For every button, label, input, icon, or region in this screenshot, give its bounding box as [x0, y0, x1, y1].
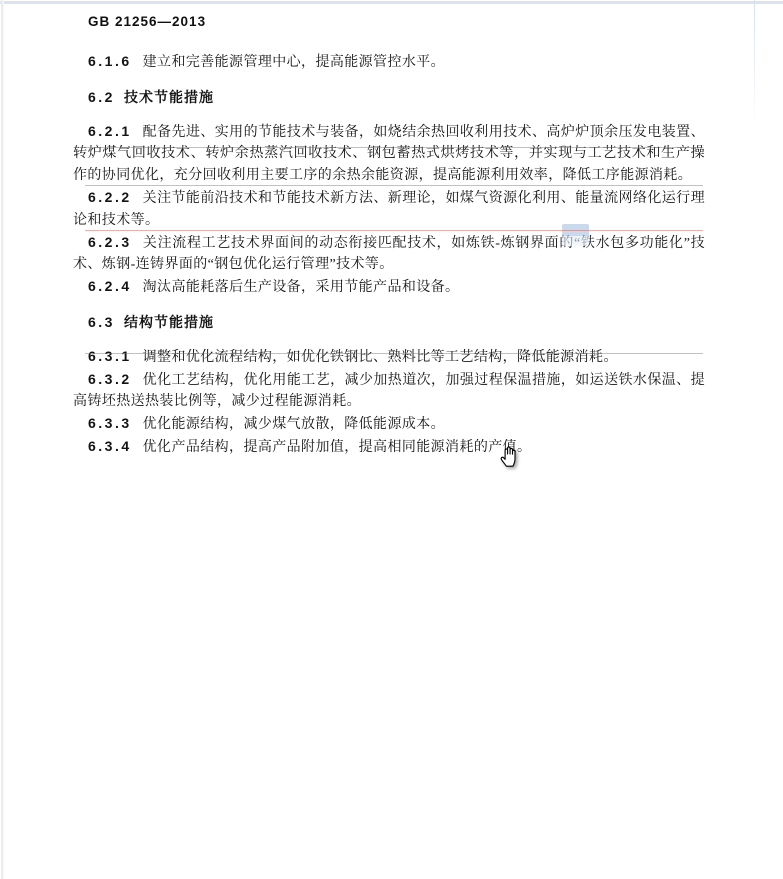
- clause-6-3-1: 6.3.1调整和优化流程结构，如优化铁钢比、熟料比等工艺结构，降低能源消耗。: [73, 346, 705, 369]
- page-left-edge: [1, 0, 4, 879]
- clause-6-2-3: 6.2.3关注流程工艺技术界面间的动态衔接匹配技术，如炼铁-炼钢界面的“铁水包多…: [73, 232, 705, 277]
- heading-text: 技术节能措施: [124, 89, 214, 105]
- scan-fold-line: [754, 0, 755, 130]
- clause-number: 6.2.3: [88, 234, 132, 250]
- document-page: GB 21256—2013 6.1.6建立和完善能源管理中心，提高能源管控水平。…: [73, 0, 705, 459]
- clause-number: 6.3.3: [88, 415, 132, 431]
- clause-number: 6.2: [88, 89, 115, 105]
- clause-text: 调整和优化流程结构，如优化铁钢比、熟料比等工艺结构，降低能源消耗。: [143, 350, 618, 365]
- clause-6-2-2: 6.2.2关注节能前沿技术和节能技术新方法、新理论，如煤气资源化利用、能量流网络…: [73, 187, 705, 232]
- clause-number: 6.3.1: [88, 348, 132, 364]
- clause-6-2-4: 6.2.4淘汰高能耗落后生产设备，采用节能产品和设备。: [73, 276, 705, 299]
- heading-text: 结构节能措施: [124, 314, 214, 330]
- clause-number: 6.3.2: [88, 371, 132, 387]
- clause-text: 建立和完善能源管理中心，提高能源管控水平。: [143, 55, 445, 70]
- clause-number: 6.2.1: [88, 123, 132, 139]
- clause-number: 6.3.4: [88, 438, 132, 454]
- clause-text: 关注流程工艺技术界面间的动态衔接匹配技术，如炼铁-炼钢界面的“铁水包多功能化”技…: [73, 236, 705, 273]
- clause-number: 6.1.6: [88, 53, 132, 69]
- clause-number: 6.3: [88, 314, 115, 330]
- clause-6-2-1: 6.2.1配备先进、实用的节能技术与装备，如烧结余热回收利用技术、高炉炉顶余压发…: [73, 121, 705, 187]
- clause-6-3-2: 6.3.2优化工艺结构，优化用能工艺，减少加热道次，加强过程保温措施，如运送铁水…: [73, 369, 705, 414]
- clause-6-3-4: 6.3.4优化产品结构，提高产品附加值，提高相同能源消耗的产值。: [73, 436, 705, 459]
- clause-6-1-6: 6.1.6建立和完善能源管理中心，提高能源管控水平。: [73, 51, 705, 74]
- clause-text: 配备先进、实用的节能技术与装备，如烧结余热回收利用技术、高炉炉顶余压发电装置、转…: [73, 125, 705, 184]
- clause-number: 6.2.2: [88, 189, 132, 205]
- clause-text: 优化产品结构，提高产品附加值，提高相同能源消耗的产值。: [143, 440, 532, 455]
- clause-text: 关注节能前沿技术和节能技术新方法、新理论，如煤气资源化利用、能量流网络化运行理论…: [73, 191, 705, 228]
- clause-6-3-3: 6.3.3优化能源结构，减少煤气放散，降低能源成本。: [73, 413, 705, 436]
- hand-grab-cursor-icon: [496, 442, 523, 469]
- clause-text: 优化能源结构，减少煤气放散，降低能源成本。: [143, 417, 445, 432]
- clause-text: 优化工艺结构，优化用能工艺，减少加热道次，加强过程保温措施，如运送铁水保温、提高…: [73, 373, 705, 410]
- clause-text: 淘汰高能耗落后生产设备，采用节能产品和设备。: [143, 280, 460, 295]
- standard-number: GB 21256—2013: [88, 14, 705, 29]
- clause-number: 6.2.4: [88, 278, 132, 294]
- heading-6-2: 6.2技术节能措施: [73, 87, 705, 109]
- heading-6-3: 6.3结构节能措施: [73, 312, 705, 334]
